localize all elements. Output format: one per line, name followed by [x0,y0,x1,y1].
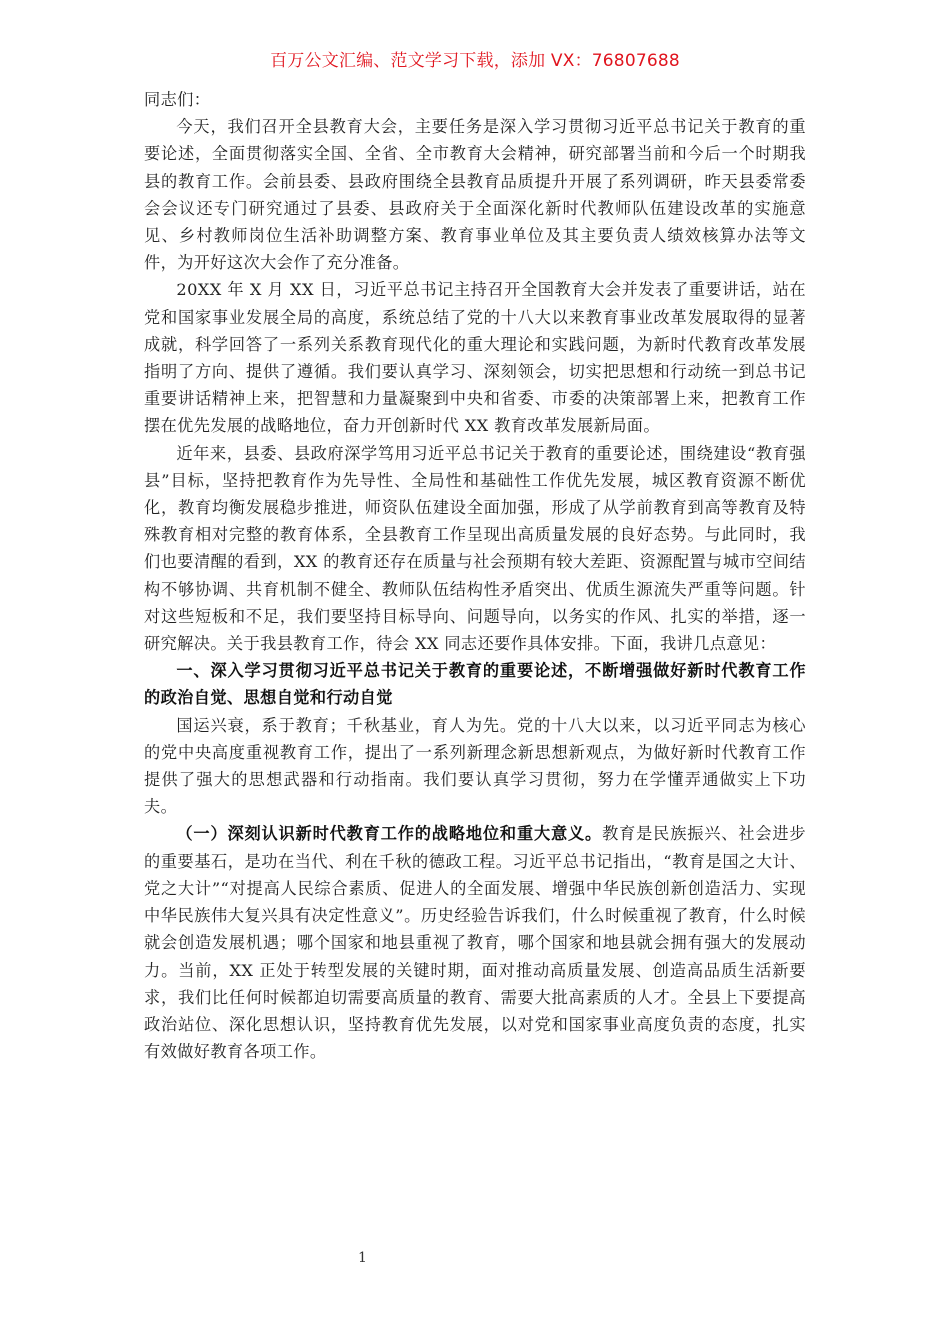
section-intro: 国运兴衰，系于教育；千秋基业，育人为先。党的十八大以来，以习近平同志为核心的党中… [144,712,806,821]
watermark-banner: 百万公文汇编、范文学习下载，添加 VX：76807688 [0,46,950,71]
paragraph-1: 今天，我们召开全县教育大会，主要任务是深入学习贯彻习近平总书记关于教育的重要论述… [144,113,806,276]
paragraph-3: 近年来，县委、县政府深学笃用习近平总书记关于教育的重要论述，围绕建设“教育强县”… [144,440,806,658]
paragraph-2: 20XX 年 X 月 XX 日，习近平总书记主持召开全国教育大会并发表了重要讲话… [144,276,806,439]
subsection-paragraph: （一）深刻认识新时代教育工作的战略地位和重大意义。教育是民族振兴、社会进步的重要… [144,820,806,1065]
section-heading: 一、深入学习贯彻习近平总书记关于教育的重要论述，不断增强做好新时代教育工作的政治… [144,657,806,711]
subsection-text: 教育是民族振兴、社会进步的重要基石，是功在当代、利在千秋的德政工程。习近平总书记… [144,824,806,1061]
page-number: 1 [358,1250,367,1266]
subsection-heading: （一）深刻认识新时代教育工作的战略地位和重大意义。 [176,824,602,843]
document-body: 同志们： 今天，我们召开全县教育大会，主要任务是深入学习贯彻习近平总书记关于教育… [144,86,806,1065]
salutation: 同志们： [144,86,806,113]
